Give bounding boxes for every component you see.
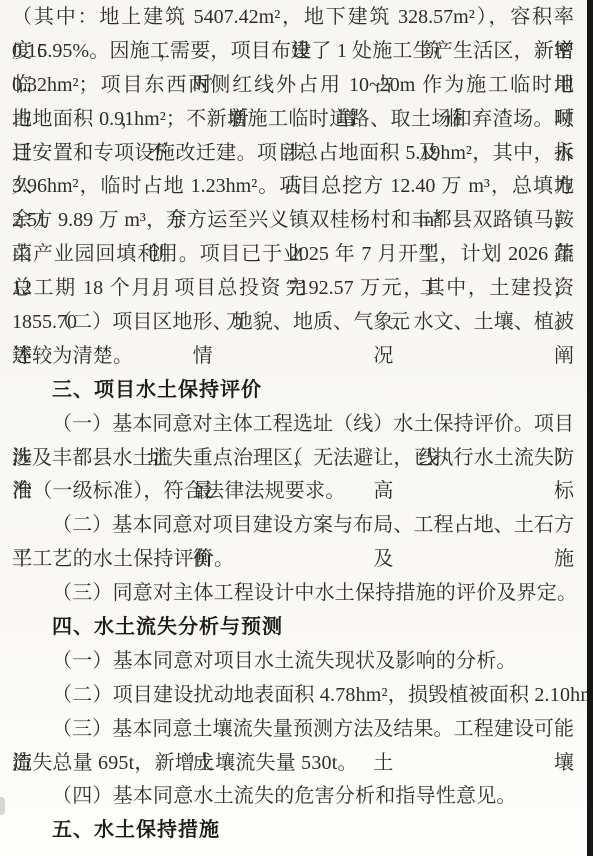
scan-smudge-artifact xyxy=(0,797,5,815)
doc-line: 占地面积 0.91hm²；不新增施工临时道路、取土场和弃渣场。项目不涉及拆 xyxy=(12,103,574,137)
section-heading-5: 五、水土保持措施 xyxy=(12,814,574,848)
doc-line: （二）项目建设扰动地表面积 4.78hm²，损毁植被面积 2.10hm²。 xyxy=(12,679,574,713)
doc-line: 总工期 18 个月。项目总投资 7192.57 万元，其中，土建投资 1855.… xyxy=(12,272,574,306)
doc-line: 迁安置和专项设施改迁建。项目总占地面积 5.19hm²，其中，永久占地 xyxy=(12,137,574,171)
scanned-document-page: （其中：地上建筑 5407.42m²，地下建筑 328.57m²），容积率 0.… xyxy=(0,0,593,856)
doc-line: （四）基本同意水土流失的危害分析和指导性意见。 xyxy=(12,780,574,814)
scan-edge-artifact xyxy=(587,0,593,856)
doc-line: （二）项目区地形、地貌、地质、气象、水文、土壤、植被等情况阐 xyxy=(12,306,574,340)
doc-line: （其中：地上建筑 5407.42m²，地下建筑 328.57m²），容积率 0.… xyxy=(12,1,574,35)
doc-line: 涉及丰都县水土流失重点治理区，无法避让，已执行水土流失防治最高标 xyxy=(12,442,574,476)
doc-line: （一）基本同意对主体工程选址（线）水土保持评价。项目选址（线） xyxy=(12,408,574,442)
doc-line: （三）同意对主体工程设计中水土保持措施的评价及界定。 xyxy=(12,577,574,611)
doc-line: （二）基本同意对项目建设方案与布局、工程占地、土石方平衡及施 xyxy=(12,509,574,543)
doc-line: 菜产业园回填利用。项目已于 2025 年 7 月开工，计划 2026 年 12 … xyxy=(12,238,574,272)
doc-line: 余方 9.89 万 m³，余方运至兴义镇双桂杨村和丰都县双路镇马鞍山创业型蔬 xyxy=(12,204,574,238)
section-heading-4: 四、水土流失分析与预测 xyxy=(12,611,574,645)
doc-line: 3.96hm²，临时占地 1.23hm²。项目总挖方 12.40 万 m³，总填… xyxy=(12,170,574,204)
document-text-block: （其中：地上建筑 5407.42m²，地下建筑 328.57m²），容积率 0.… xyxy=(12,1,574,848)
doc-line: 度 5.95%。因施工需要，项目布设了 1 处施工生产生活区，新增临时占地 xyxy=(12,35,574,69)
doc-line: （一）基本同意对项目水土流失现状及影响的分析。 xyxy=(12,645,574,679)
section-heading-3: 三、项目水土保持评价 xyxy=(12,374,574,408)
doc-line: （三）基本同意土壤流失量预测方法及结果。工程建设可能造成土壤 xyxy=(12,713,574,747)
doc-line: 0.32hm²；项目东西两侧红线外占用 10~20m 作为施工临时用地，新增临时 xyxy=(12,69,574,103)
